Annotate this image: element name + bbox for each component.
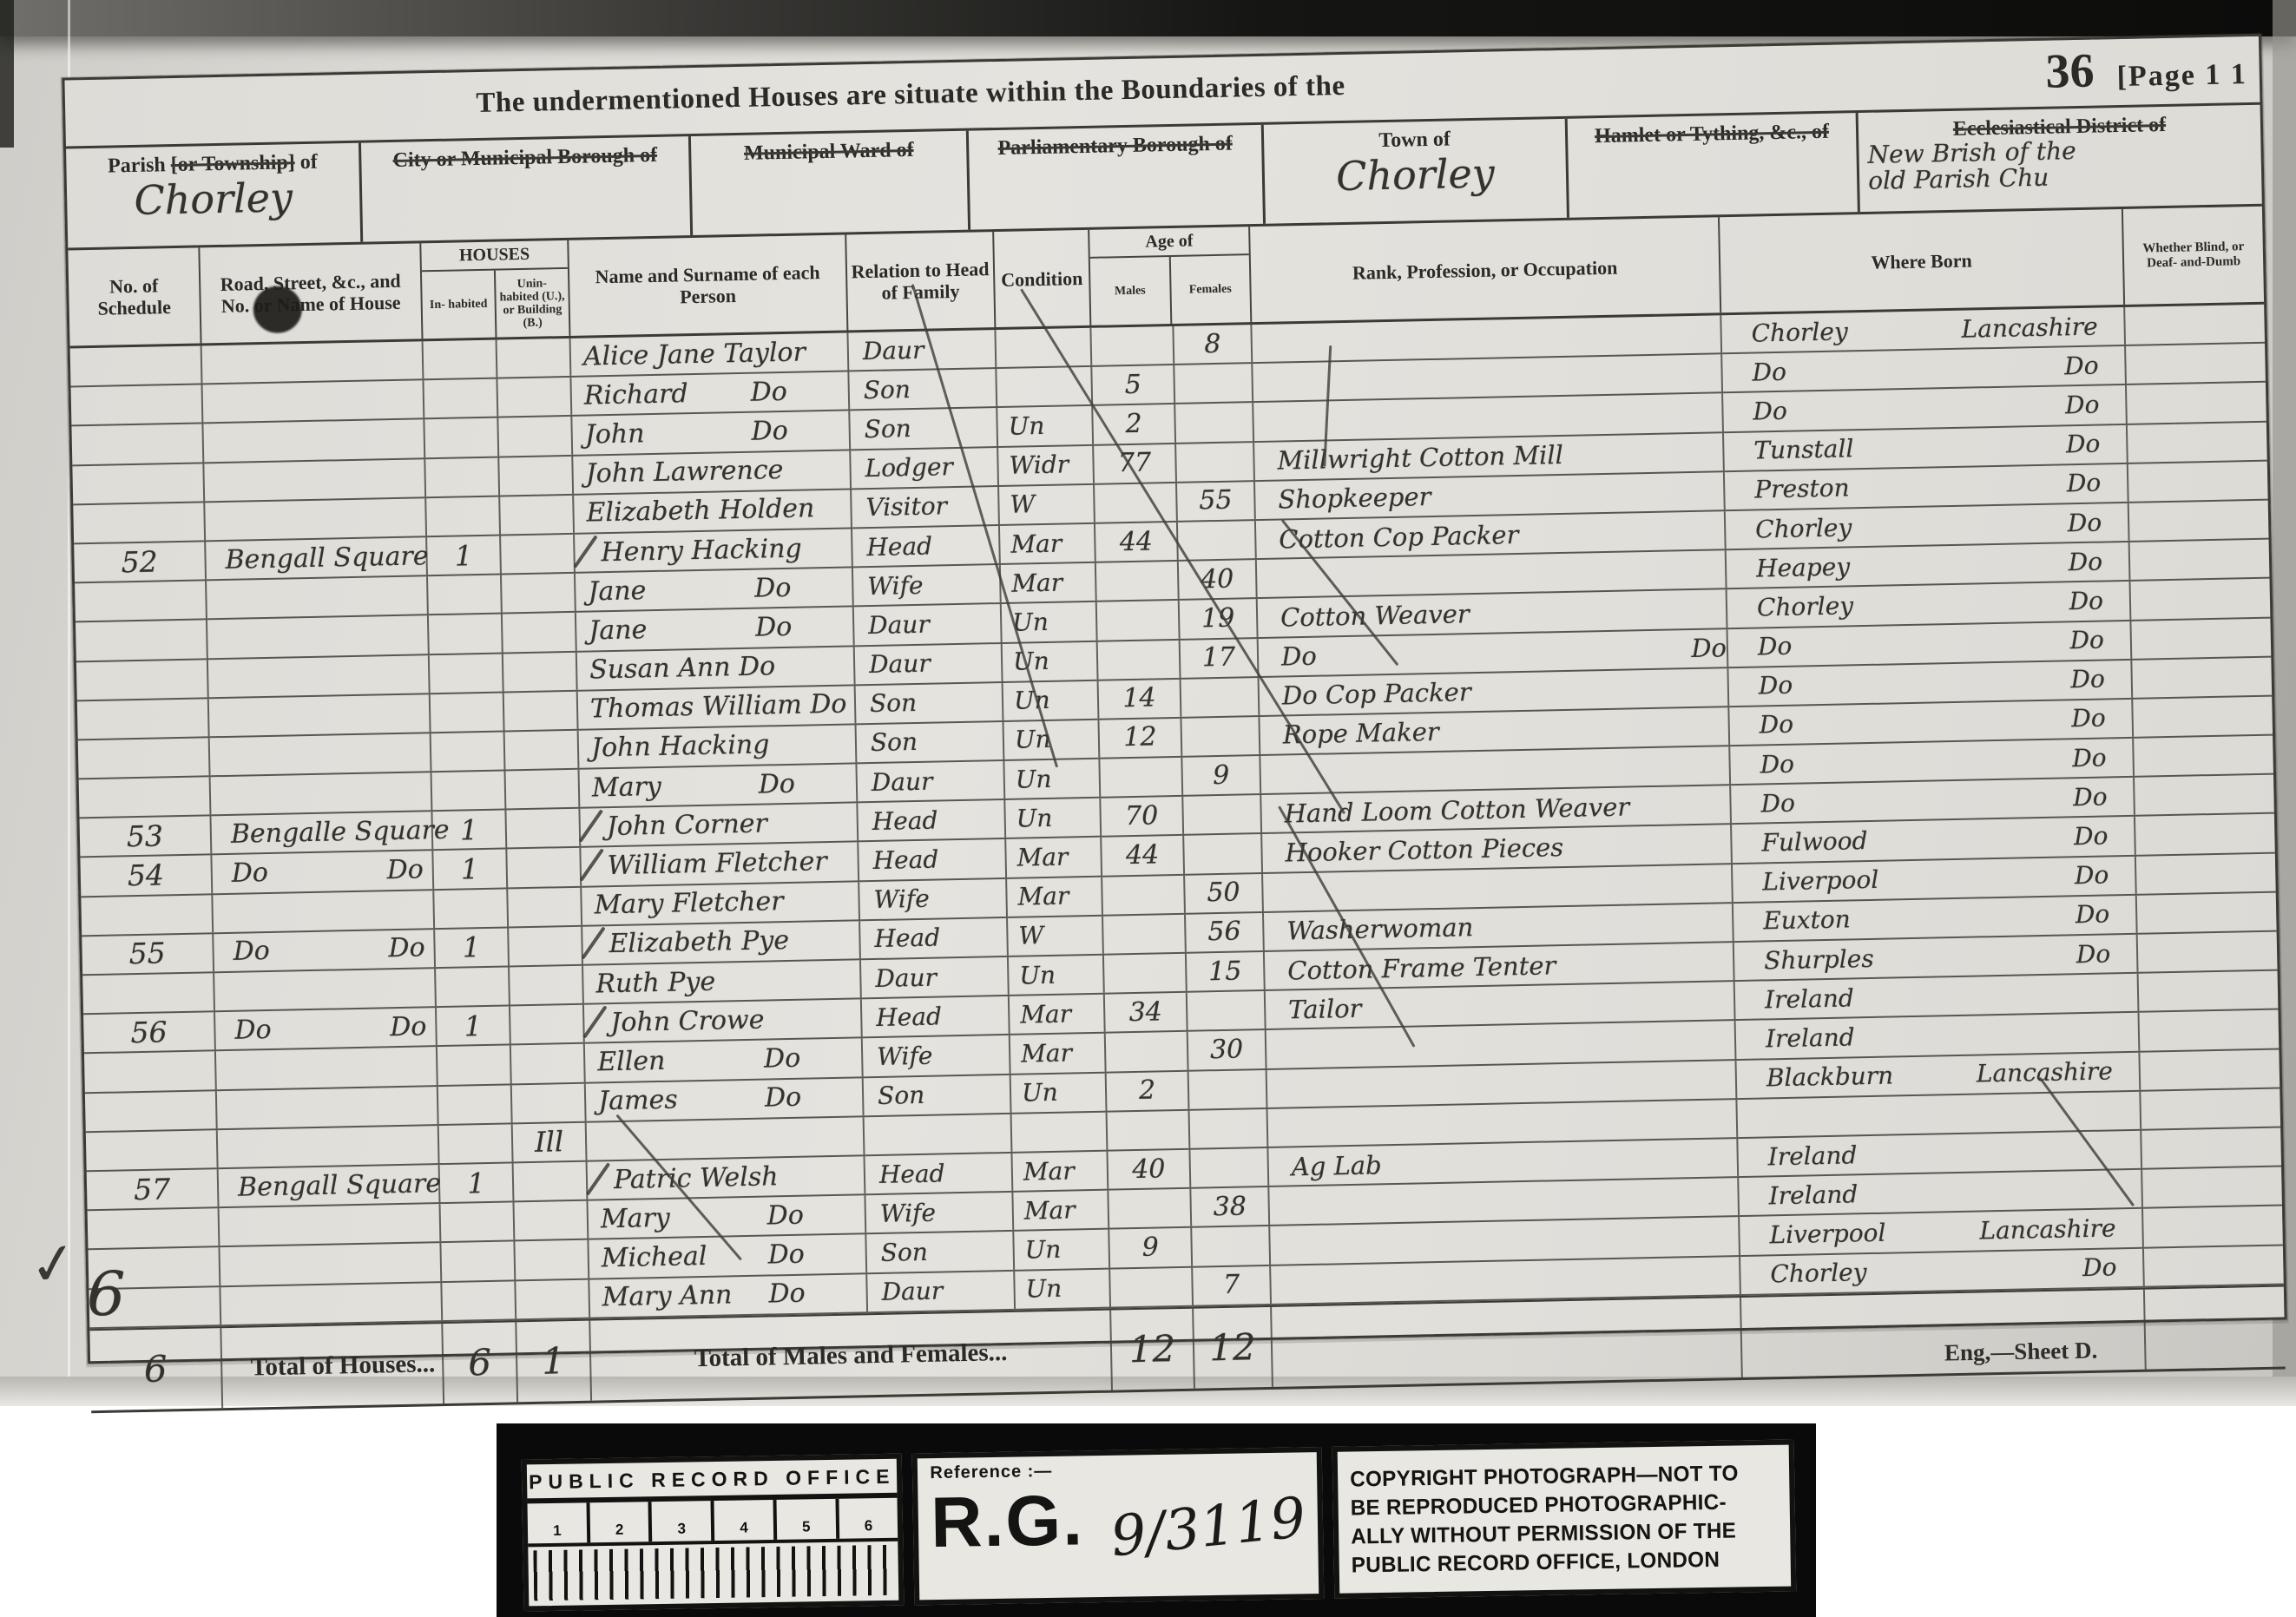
header-box-label: Parish [or Township] of <box>75 150 350 178</box>
cell-relation: Lodger <box>851 448 999 489</box>
cell-condition: Mar <box>1001 563 1097 602</box>
cell-age-male <box>1098 640 1181 679</box>
pro-office-title: PUBLIC RECORD OFFICE <box>527 1459 898 1504</box>
cell-age-female: 30 <box>1188 1030 1267 1069</box>
cell-infirm <box>2134 736 2273 776</box>
cell-inhabited <box>431 693 505 732</box>
cell-relation: Wife <box>865 1193 1014 1233</box>
header-box: Town of Chorley <box>1264 119 1569 224</box>
cell-age-male: 44 <box>1102 836 1185 875</box>
cell-uninhabited <box>510 1005 585 1044</box>
cell-uninhabited <box>506 770 581 809</box>
cell-name: John Lawrence <box>573 450 852 494</box>
header-box: Ecclesiastical District of New Brish of … <box>1859 105 2262 212</box>
household-brace-mark <box>582 1005 607 1038</box>
cell-infirm <box>2131 618 2271 658</box>
cell-age-female <box>1178 521 1257 560</box>
cell-relation: Wife <box>863 1035 1011 1076</box>
cell-inhabited <box>437 1046 512 1085</box>
cell-uninhabited <box>515 1240 589 1279</box>
cell-road <box>220 1204 442 1246</box>
col-age: Age of <box>1089 227 1249 259</box>
cell-name: Susan Ann Do <box>577 647 856 690</box>
cell-inhabited <box>442 1281 516 1320</box>
page-label: [Page 1 1 <box>2116 58 2247 94</box>
cell-inhabited <box>424 418 499 457</box>
cell-condition: Mar <box>1012 1152 1109 1191</box>
cell-age-male: 5 <box>1092 365 1175 404</box>
cell-uninhabited <box>498 417 573 456</box>
cell-inhabited <box>432 772 507 811</box>
col-uninhabited: Unin- habited (U.), or Building (B.) <box>496 269 569 338</box>
cell-age-male <box>1108 1110 1191 1149</box>
cell-relation: Wife <box>859 879 1008 920</box>
cell-schedule <box>85 1091 218 1131</box>
cell-uninhabited <box>514 1201 589 1240</box>
cell-age-female <box>1174 364 1253 403</box>
cell-name: John Hacking <box>579 725 858 768</box>
cell-inhabited <box>436 967 510 1006</box>
cell-infirm <box>2126 344 2266 384</box>
cell-condition <box>1012 1112 1109 1151</box>
table-body: Alice Jane Taylor Daur 8 ChorleyLancashi… <box>70 305 2284 1329</box>
cell-born: TunstallDo <box>1724 424 2128 470</box>
cell-road <box>205 498 427 540</box>
cell-uninhabited <box>501 535 576 574</box>
cell-relation: Son <box>850 408 998 449</box>
cell-age-female: 38 <box>1191 1187 1270 1226</box>
header-box-label: Parliamentary Borough of <box>977 132 1253 160</box>
cell-born: Ireland <box>1735 974 2140 1020</box>
cell-road <box>214 969 437 1010</box>
cell-schedule <box>76 660 209 700</box>
cell-schedule <box>72 463 205 503</box>
totals-empty-occupation <box>1272 1298 1743 1387</box>
cell-infirm <box>2142 1167 2282 1207</box>
cell-age-female: 55 <box>1177 482 1256 521</box>
cell-road <box>203 420 425 462</box>
cell-schedule <box>77 699 210 739</box>
cell-relation: Daur <box>857 761 1005 802</box>
cell-name: John Crowe <box>584 999 863 1042</box>
cell-name: JaneDo <box>576 569 854 612</box>
cell-born: DoDo <box>1723 385 2128 431</box>
cell-uninhabited <box>497 339 572 378</box>
cell-condition: Un <box>1005 799 1102 838</box>
cell-inhabited: 1 <box>435 928 510 967</box>
cell-infirm <box>2128 461 2268 501</box>
cell-schedule: 53 <box>80 817 213 857</box>
cell-age-female <box>1190 1109 1269 1148</box>
cell-uninhabited <box>500 496 575 535</box>
cell-road <box>209 694 431 736</box>
cell-age-male: 9 <box>1109 1228 1193 1267</box>
cell-relation: Head <box>858 800 1006 841</box>
cell-schedule <box>73 503 206 542</box>
cell-road <box>204 459 426 501</box>
cell-age-female: 19 <box>1180 599 1259 638</box>
total-uninhabited: 1 <box>516 1320 592 1402</box>
page-number: 36 [Page 1 1 <box>2045 40 2247 100</box>
cell-name: William Fletcher <box>581 843 859 886</box>
cell-uninhabited <box>516 1279 590 1318</box>
cell-name: Alice Jane Taylor <box>571 332 850 376</box>
cell-schedule <box>79 777 212 817</box>
cell-infirm <box>2131 579 2271 619</box>
cell-uninhabited <box>503 652 578 691</box>
cell-schedule <box>86 1130 219 1170</box>
header-box: Hamlet or Tything, &c., of <box>1568 113 1860 218</box>
cell-inhabited <box>425 457 500 496</box>
cell-age-female <box>1192 1226 1271 1265</box>
total-mf-label: Total of Males and Females... <box>590 1310 1113 1400</box>
cell-schedule <box>75 581 207 621</box>
cell-infirm <box>2129 501 2269 541</box>
pro-strip: PUBLIC RECORD OFFICE 123456 Reference :—… <box>497 1423 1816 1617</box>
cell-condition: Mar <box>1000 524 1096 563</box>
cell-uninhabited <box>506 809 581 848</box>
cell-inhabited: 1 <box>432 811 507 850</box>
cell-inhabited: 1 <box>433 850 508 889</box>
cell-age-male: 14 <box>1099 680 1182 719</box>
cell-condition: Mar <box>1010 995 1106 1034</box>
ruler-numbers: 123456 <box>528 1498 898 1548</box>
cell-road <box>203 380 425 422</box>
cell-age-male: 2 <box>1107 1071 1190 1110</box>
cell-inhabited <box>434 889 509 928</box>
cell-born: ChorleyDo <box>1740 1248 2145 1294</box>
col-schedule: No. ofSchedule <box>68 247 201 345</box>
cell-relation: Daur <box>867 1271 1016 1311</box>
cell-age-female <box>1184 834 1263 873</box>
cell-uninhabited <box>499 456 574 495</box>
cell-infirm <box>2132 657 2272 697</box>
cell-infirm <box>2133 697 2273 737</box>
cell-relation: Son <box>866 1232 1015 1272</box>
cell-uninhabited <box>510 966 584 1005</box>
cell-road <box>217 1087 439 1128</box>
cell-condition: Un <box>1004 759 1101 799</box>
cell-schedule: 52 <box>74 542 207 582</box>
cell-age-male <box>1104 954 1187 993</box>
cell-age-female <box>1189 1070 1268 1109</box>
col-occupation: Rank, Profession, or Occupation <box>1250 217 1721 322</box>
total-males: 12 <box>1111 1308 1195 1390</box>
cell-relation: Head <box>862 996 1010 1037</box>
cell-born: DoDo <box>1728 661 2133 707</box>
cell-born: DoDo <box>1728 621 2133 667</box>
total-females: 12 <box>1194 1307 1273 1389</box>
cell-age-male: 34 <box>1105 993 1188 1032</box>
cell-born: EuxtonDo <box>1734 896 2138 942</box>
cell-relation: Wife <box>853 565 1002 606</box>
col-females: Females <box>1170 255 1250 324</box>
cell-relation: Head <box>852 526 1001 567</box>
census-scan: The undermentioned Houses are situate wi… <box>0 0 2296 1617</box>
cell-schedule <box>84 1052 217 1092</box>
cell-inhabited <box>441 1203 516 1242</box>
cell-name: Mary Fletcher <box>582 882 860 925</box>
cell-infirm <box>2144 1246 2284 1285</box>
cell-age-male <box>1095 483 1178 523</box>
cell-inhabited <box>438 1085 513 1124</box>
col-houses-group: HOUSES In- habited Unin- habited (U.), o… <box>421 240 570 339</box>
cell-road <box>218 1126 440 1167</box>
cell-relation <box>865 1114 1013 1155</box>
cell-born: FulwoodDo <box>1732 817 2136 863</box>
total-inhabited: 6 <box>443 1322 518 1403</box>
cell-schedule: 56 <box>83 1012 216 1052</box>
cell-age-female <box>1190 1148 1269 1187</box>
cell-condition: Un <box>1003 680 1100 720</box>
cell-relation: Daur <box>854 604 1003 645</box>
cell-condition: Un <box>1015 1269 1111 1308</box>
cell-name: JaneDo <box>576 608 855 651</box>
cell-name: Henry Hacking <box>575 529 853 572</box>
cell-road: Bengall Square <box>206 537 428 579</box>
household-brace-mark <box>579 848 603 881</box>
cell-infirm <box>2136 853 2276 893</box>
cell-born: DoDo <box>1730 739 2135 785</box>
film-edge-top <box>0 0 2296 36</box>
margin-checkmark: ✓ <box>25 1228 82 1301</box>
cell-condition: Mar <box>1013 1191 1109 1230</box>
cell-schedule <box>71 424 204 464</box>
cell-infirm <box>2135 775 2274 815</box>
cell-inhabited <box>424 340 498 379</box>
cell-condition: Un <box>1011 1073 1108 1112</box>
cell-condition: Un <box>1009 956 1105 995</box>
col-houses: HOUSES <box>421 240 568 272</box>
cell-born: ShurplesDo <box>1734 935 2139 981</box>
cell-uninhabited <box>504 691 579 730</box>
cell-born: PrestonDo <box>1725 464 2129 510</box>
cell-inhabited: 1 <box>437 1007 511 1046</box>
cell-name: EllenDo <box>585 1039 864 1082</box>
pro-label: PUBLIC RECORD OFFICE 123456 Reference :—… <box>522 1439 1797 1611</box>
cell-road <box>207 616 430 658</box>
cell-schedule <box>78 738 211 778</box>
header-box-label: Hamlet or Tything, &c., of <box>1576 120 1847 148</box>
cell-infirm <box>2135 814 2275 854</box>
cell-name: Elizabeth Holden <box>574 490 852 533</box>
cell-uninhabited <box>508 887 582 926</box>
cell-condition: Un <box>1014 1230 1110 1269</box>
header-box-label: Municipal Ward of <box>700 138 957 166</box>
cell-born: DoDo <box>1731 778 2135 824</box>
cell-age-male <box>1106 1032 1189 1071</box>
total-houses-label: Total of Houses... <box>221 1324 444 1408</box>
cell-name: Ruth Pye <box>583 960 862 1003</box>
cell-road <box>208 655 431 697</box>
cell-age-male <box>1110 1267 1194 1306</box>
cell-condition: Widr <box>998 445 1095 484</box>
cell-infirm <box>2137 892 2277 932</box>
cell-age-female: 15 <box>1187 952 1266 991</box>
household-brace-mark <box>586 1162 610 1195</box>
cell-age-female <box>1187 991 1266 1030</box>
header-box-label: Town of <box>1273 126 1556 154</box>
cell-age-male <box>1091 326 1174 365</box>
cell-born: HeapeyDo <box>1727 542 2131 588</box>
cell-inhabited <box>426 496 501 536</box>
cell-uninhabited <box>505 731 580 770</box>
col-condition: Condition <box>994 230 1091 327</box>
cell-born: ChorleyDo <box>1726 503 2130 549</box>
cell-uninhabited <box>511 1044 586 1083</box>
household-brace-mark <box>581 927 605 960</box>
header-box-value: Chorley <box>76 174 352 223</box>
cell-age-female: 56 <box>1186 913 1265 952</box>
header-box-value: Chorley <box>1273 150 1557 200</box>
cell-name: Thomas William Do <box>578 686 857 729</box>
cell-name: Mary AnnDo <box>589 1274 868 1318</box>
totals-empty-infirm <box>2145 1286 2286 1369</box>
cell-uninhabited <box>512 1083 587 1122</box>
cell-name: RichardDo <box>571 372 850 416</box>
header-box: City or Municipal Borough of <box>361 136 693 242</box>
cell-born: LiverpoolDo <box>1733 856 2137 902</box>
ruler-ticks <box>533 1545 893 1601</box>
cell-infirm <box>2140 1049 2280 1089</box>
cell-age-male <box>1100 758 1183 797</box>
cell-age-female: 50 <box>1185 874 1264 913</box>
cell-born: BlackburnLancashire <box>1736 1052 2141 1098</box>
pro-ruler-panel: PUBLIC RECORD OFFICE 123456 <box>522 1454 905 1612</box>
cell-road: DoDo <box>212 851 434 893</box>
cell-relation: Son <box>849 369 997 410</box>
cell-name: JohnDo <box>572 411 851 455</box>
cell-infirm <box>2130 540 2270 580</box>
cell-road <box>211 772 433 814</box>
cell-inhabited <box>428 575 503 615</box>
cell-inhabited <box>429 615 503 654</box>
cell-inhabited <box>431 732 506 771</box>
cell-uninhabited <box>507 848 582 887</box>
cell-relation: Head <box>859 839 1007 880</box>
cell-born: ChorleyDo <box>1727 582 2132 628</box>
cell-schedule <box>81 895 214 935</box>
header-box: Parliamentary Borough of <box>969 125 1266 230</box>
cell-road: DoDo <box>214 930 436 971</box>
cell-infirm <box>2128 422 2267 462</box>
cell-infirm <box>2141 1088 2280 1128</box>
cell-age-female <box>1181 717 1260 756</box>
cell-born <box>1737 1091 2141 1137</box>
cell-inhabited <box>424 379 498 418</box>
cell-name: Patric Welsh <box>588 1156 866 1200</box>
census-form: The undermentioned Houses are situate wi… <box>62 34 2286 1364</box>
cell-relation: Daur <box>861 957 1010 998</box>
cell-born: Ireland <box>1739 1170 2143 1216</box>
header-box: Municipal Ward of <box>691 131 970 235</box>
cell-uninhabited: Ill <box>513 1122 588 1161</box>
cell-schedule <box>88 1208 220 1248</box>
header-box-label: City or Municipal Borough of <box>370 143 680 172</box>
cell-age-male <box>1097 601 1181 640</box>
form-caption: The undermentioned Houses are situate wi… <box>303 67 1518 123</box>
cell-relation: Son <box>857 722 1005 763</box>
col-age-group: Age of Males Females <box>1089 227 1252 325</box>
col-road: Road, Street, &c., and No. or Name of Ho… <box>200 243 423 343</box>
header-box-value-2: old Parish Chu <box>1868 161 2253 194</box>
cell-name: Elizabeth Pye <box>582 921 861 964</box>
cell-born: DoDo <box>1729 700 2134 746</box>
cell-condition <box>997 367 1093 406</box>
cell-age-female: 9 <box>1182 756 1261 795</box>
cell-infirm <box>2139 1010 2279 1050</box>
cell-road <box>216 1047 438 1088</box>
cell-age-male <box>1103 915 1187 954</box>
cell-road <box>220 1283 443 1324</box>
cell-inhabited <box>441 1242 516 1281</box>
cell-born: LiverpoolLancashire <box>1740 1209 2144 1255</box>
cell-condition: Un <box>1003 641 1099 680</box>
cell-road <box>220 1243 442 1285</box>
cell-name: MaryDo <box>588 1195 866 1239</box>
cell-road: Bengalle Square <box>211 812 433 853</box>
cell-name: JamesDo <box>586 1078 865 1121</box>
col-name: Name and Surname of each Person <box>569 234 848 335</box>
cell-uninhabited <box>503 613 577 652</box>
cell-road: Bengall Square <box>219 1165 441 1206</box>
cell-age-male <box>1096 562 1180 601</box>
col-infirm: Whether Blind, or Deaf- and-Dumb <box>2123 207 2264 305</box>
cell-condition <box>996 328 1092 367</box>
cell-condition: W <box>1008 917 1104 956</box>
cell-inhabited <box>430 654 504 693</box>
cell-road: DoDo <box>215 1008 437 1049</box>
cell-schedule <box>70 345 203 385</box>
folio-number: 36 <box>2045 43 2095 100</box>
cell-age-male: 70 <box>1101 797 1184 836</box>
cell-relation: Head <box>860 918 1009 959</box>
cell-condition: W <box>999 485 1095 524</box>
cell-relation: Son <box>856 683 1004 724</box>
cell-inhabited <box>439 1124 514 1163</box>
cell-condition: Mar <box>1007 877 1103 916</box>
cell-schedule <box>82 973 215 1013</box>
copyright-notice: COPYRIGHT PHOTOGRAPH—NOT TOBE REPRODUCED… <box>1332 1439 1797 1598</box>
cell-age-male: 12 <box>1099 719 1182 758</box>
cell-condition: Mar <box>1010 1034 1107 1073</box>
cell-relation: Son <box>864 1075 1012 1115</box>
cell-schedule <box>71 385 204 425</box>
cell-infirm <box>2141 1127 2281 1167</box>
cell-schedule <box>76 621 208 661</box>
cell-name <box>587 1117 865 1160</box>
col-inhabited: In- habited <box>422 271 497 339</box>
reference-prefix: R.G. <box>931 1486 1085 1558</box>
cell-condition: Un <box>997 406 1094 445</box>
margin-house-count: 6 <box>87 1259 126 1330</box>
cell-age-female <box>1176 443 1255 482</box>
cell-age-male <box>1109 1189 1192 1228</box>
cell-condition: Mar <box>1006 838 1102 877</box>
cell-infirm <box>2138 932 2278 972</box>
cell-road <box>202 341 424 383</box>
reference-label: Reference :— <box>930 1457 1305 1483</box>
film-edge-left <box>0 0 14 148</box>
cell-name: John Corner <box>580 804 859 847</box>
cell-uninhabited <box>509 927 583 966</box>
cell-age-male <box>1102 875 1186 914</box>
col-males: Males <box>1090 257 1172 325</box>
cell-infirm <box>2139 971 2279 1011</box>
cell-relation: Daur <box>848 330 997 371</box>
cell-inhabited: 1 <box>427 536 502 575</box>
reference-number: 9/3119 <box>1108 1486 1309 1570</box>
